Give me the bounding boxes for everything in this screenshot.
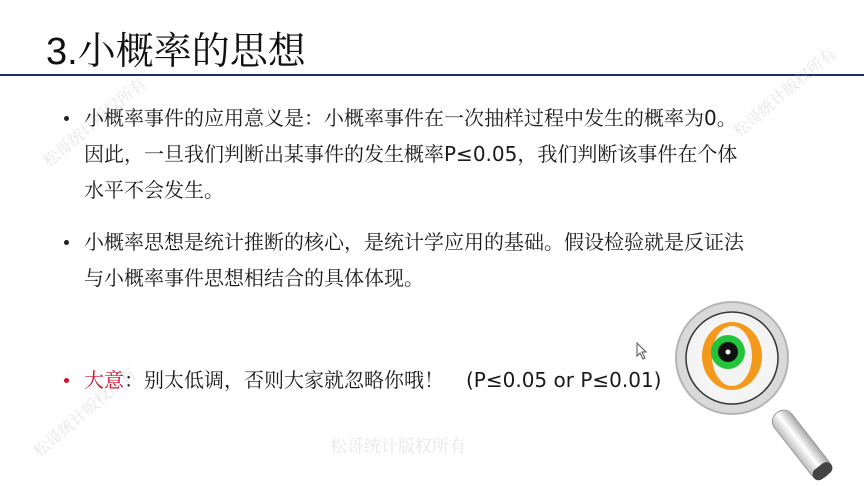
bullet-line: 小概率思想是统计推断的核心，是统计学应用的基础。假设检验就是反证法 [84, 224, 818, 260]
title-divider [0, 74, 864, 76]
watermark-bottom: 松哥统计版权所有 [330, 432, 466, 457]
bullet-line: 因此，一旦我们判断出某事件的发生概率P≤0.05，我们判断该事件在个体 [84, 136, 818, 172]
magnifier-eye-icon [672, 300, 862, 486]
bullet-dot-icon [64, 116, 69, 121]
bullet-line: 水平不会发生。 [84, 172, 818, 208]
bullet-item: 小概率思想是统计推断的核心，是统计学应用的基础。假设检验就是反证法 与小概率事件… [58, 224, 818, 296]
bullet-line: 小概率事件的应用意义是：小概率事件在一次抽样过程中发生的概率为0。 [84, 100, 818, 136]
bullet-dot-icon [64, 378, 69, 383]
slide-title: 3.小概率的思想 [46, 28, 306, 76]
bullet-line: 与小概率事件思想相结合的具体体现。 [84, 260, 818, 296]
bullet-item: 小概率事件的应用意义是：小概率事件在一次抽样过程中发生的概率为0。 因此，一旦我… [58, 100, 818, 208]
summary-label: 大意 [84, 368, 124, 392]
bullet-dot-icon [64, 240, 69, 245]
summary-note: (P≤0.05 or P≤0.01) [466, 368, 661, 392]
summary-separator: ： [124, 368, 144, 392]
summary-text: 别太低调，否则大家就忽略你哦！ [144, 368, 444, 392]
mouse-cursor-icon [636, 342, 648, 360]
